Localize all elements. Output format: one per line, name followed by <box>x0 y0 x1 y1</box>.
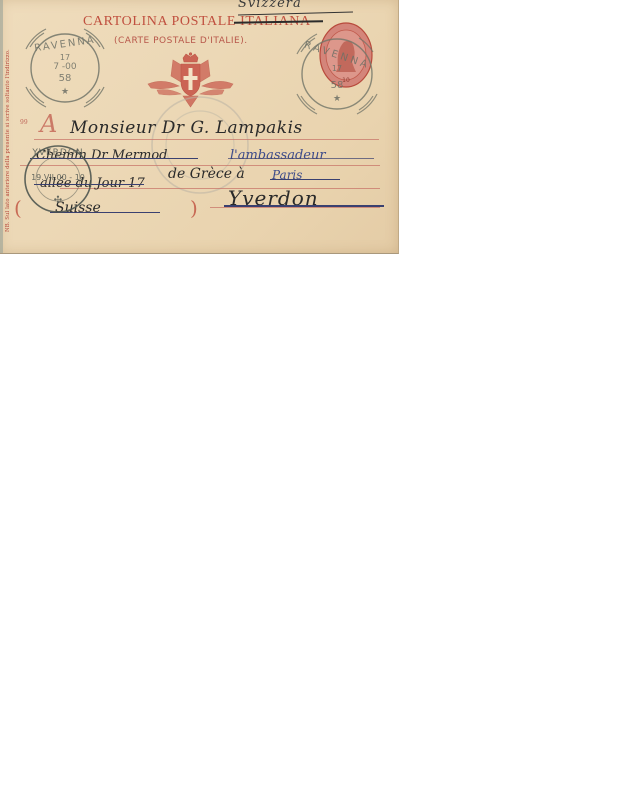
postmark-city: YVERDON <box>30 148 86 158</box>
ravenna-postmark-left: RAVENNA 17 7 -00 58 ★ <box>22 25 108 111</box>
faint-center-postmark <box>145 90 255 200</box>
postmark-date: 7 -00 <box>40 62 90 72</box>
postcard-subtitle: (CARTE POSTALE D'ITALIE). <box>114 36 248 46</box>
postmark-star-icon: ★ <box>55 87 75 97</box>
strike-city <box>224 205 384 207</box>
postmark-number: 58 <box>50 73 80 84</box>
postmark-line1: 17 <box>50 53 80 62</box>
title-struck-text: ITALIANA <box>240 14 311 29</box>
postcard-title: CARTOLINA POSTALE ITALIANA <box>83 14 311 30</box>
postmark-number: 58 <box>323 80 351 91</box>
postmark-line1: 17 <box>323 64 351 73</box>
address-line-recipient: Monsieur Dr G. Lampakis <box>70 118 303 138</box>
postmark-star-icon: ★ <box>327 94 347 104</box>
postmark-cross-icon: ✣ <box>48 195 68 206</box>
strike-line-2b <box>228 158 374 159</box>
line-marker: 99 <box>20 119 28 126</box>
address-line2-right: l'ambassadeur <box>230 148 326 163</box>
close-parenthesis: ) <box>190 196 198 220</box>
postmark-date: 19.VII.00 - 10 <box>24 173 92 182</box>
open-parenthesis: ( <box>14 196 22 220</box>
vertical-instruction-note: NB. Sul lato anteriore della presente si… <box>5 49 11 232</box>
address-prefix: A <box>40 110 57 138</box>
handwritten-country: Svizzera <box>238 0 302 11</box>
address-rule-1 <box>34 139 379 140</box>
yverdon-postmark: YVERDON 19.VII.00 - 10 ✣ <box>22 143 94 215</box>
postcard: NB. Sul lato anteriore della presente si… <box>0 0 399 254</box>
ravenna-postmark-right: RAVENNA 17 58 ★ <box>293 30 381 118</box>
address-line3-mid: de Grèce à <box>168 166 245 182</box>
strike-line-3b <box>270 179 340 180</box>
